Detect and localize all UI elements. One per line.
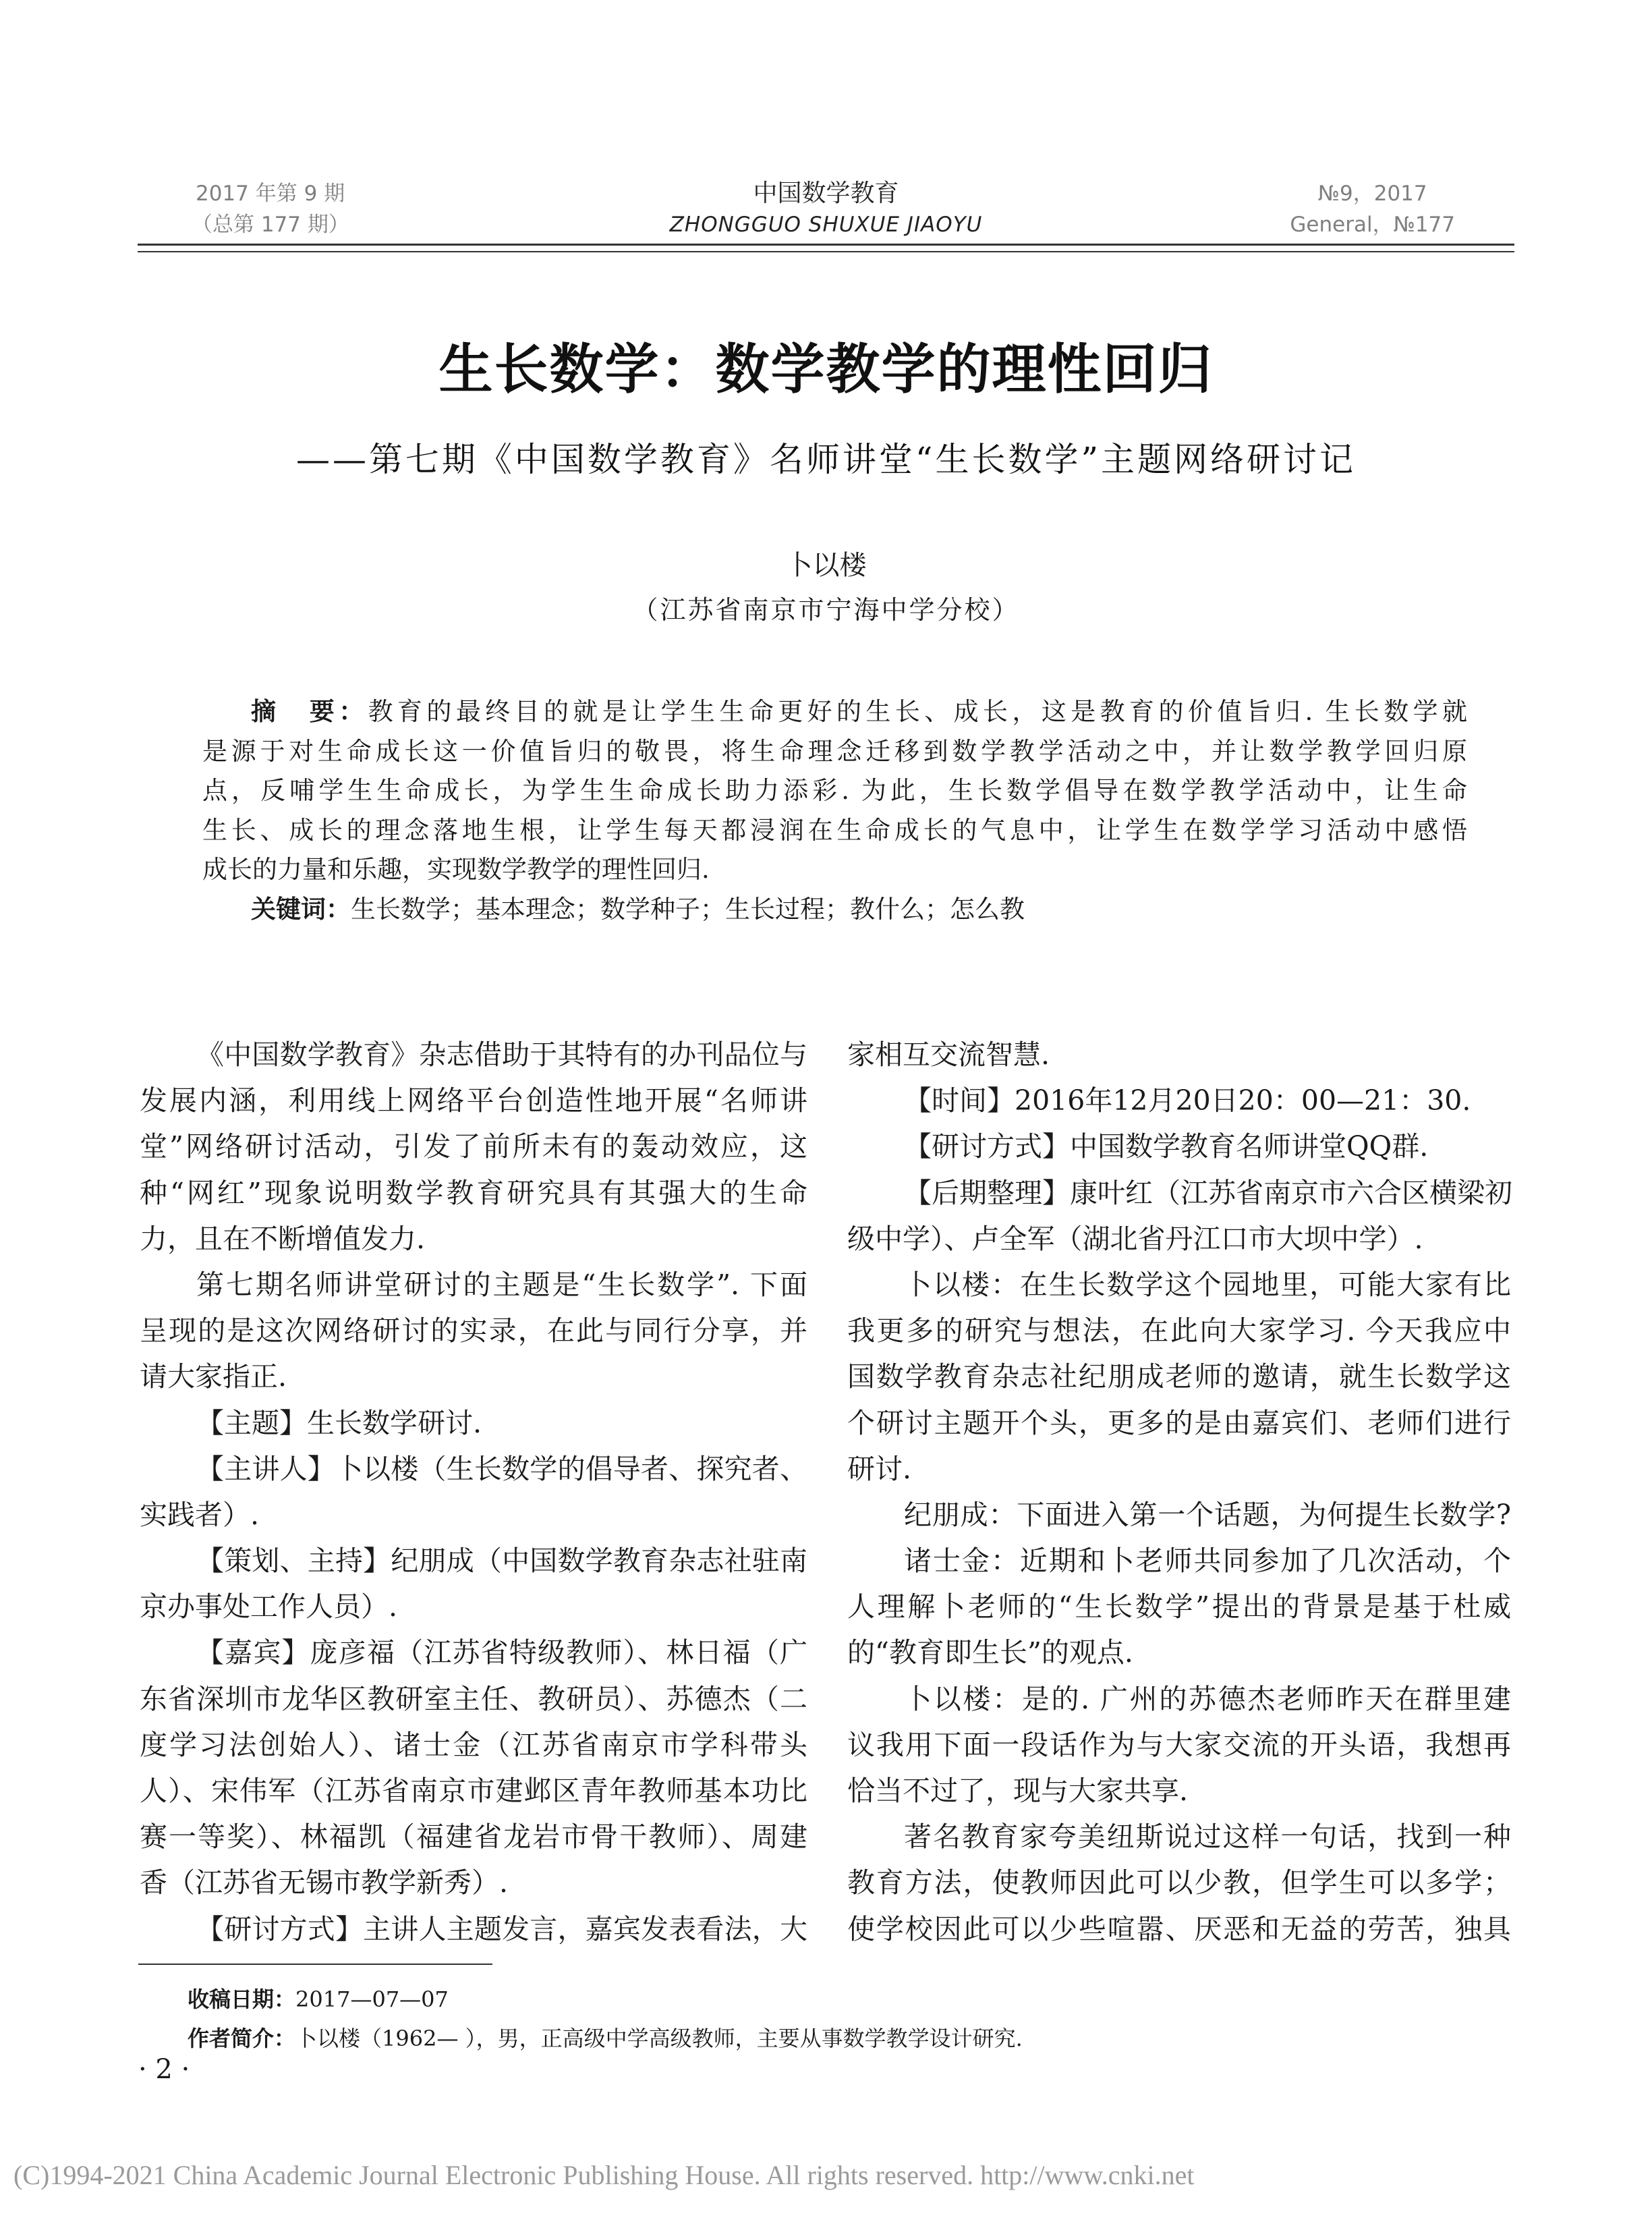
body-text-line: 【嘉宾】庞彦福（江苏省特级教师）、林日福（广 <box>140 1630 807 1675</box>
abstract-line: 是源于对生命成长这一价值旨归的敬畏，将生命理念迁移到数学教学活动之中，并让数学教… <box>202 732 1467 772</box>
body-column-left: 《中国数学教育》杂志借助于其特有的办刊品位与发展内涵，利用线上网络平台创造性地开… <box>140 1032 807 1952</box>
body-text-line: 【后期整理】康叶红（江苏省南京市六合区横梁初 <box>847 1170 1511 1216</box>
author-bio-value: 卜以楼（1962— ），男，正高级中学高级教师，主要从事数学教学设计研究. <box>295 2026 1023 2051</box>
footnote-rule <box>138 1964 492 1965</box>
body-text-line: 卜以楼：是的. 广州的苏德杰老师昨天在群里建 <box>847 1676 1511 1722</box>
body-text-line: 议我用下面一段话作为与大家交流的开头语，我想再 <box>847 1722 1511 1768</box>
body-text-line: 【主讲人】卜以楼（生长数学的倡导者、探究者、 <box>140 1446 807 1492</box>
issue-number-en: №9，2017 <box>1290 178 1455 209</box>
body-text-line: 力，且在不断增值发力. <box>140 1216 807 1262</box>
body-text-line: 使学校因此可以少些喧嚣、厌恶和无益的劳苦，独具 <box>847 1906 1511 1952</box>
received-date-label: 收稿日期： <box>188 1986 295 2012</box>
body-text-line: 个研讨主题开个头，更多的是由嘉宾们、老师们进行 <box>847 1400 1511 1446</box>
body-text-line: 的“教育即生长”的观点. <box>847 1630 1511 1675</box>
body-text-line: 堂”网络研讨活动，引发了前所未有的轰动效应，这 <box>140 1123 807 1169</box>
body-text-line: 实践者）. <box>140 1492 807 1538</box>
body-text-line: 东省深圳市龙华区教研室主任、教研员）、苏德杰（二 <box>140 1676 807 1722</box>
body-text-line: 发展内涵，利用线上网络平台创造性地开展“名师讲 <box>140 1078 807 1123</box>
general-number-en: General，№177 <box>1290 209 1455 240</box>
page-number: · 2 · <box>138 2053 190 2086</box>
header-rule-thick <box>138 244 1514 246</box>
body-text-line: 【策划、主持】纪朋成（中国数学教育杂志社驻南 <box>140 1538 807 1584</box>
abstract-line: 摘 要：教育的最终目的就是让学生生命更好的生长、成长，这是教育的价值旨归. 生长… <box>202 692 1467 732</box>
body-text-line: 呈现的是这次网络研讨的实录，在此与同行分享，并 <box>140 1308 807 1354</box>
received-date: 收稿日期：2017—07—07 <box>188 1984 449 2015</box>
keywords-label: 关键词： <box>251 895 351 924</box>
body-text-line: 人理解卜老师的“生长数学”提出的背景是基于杜威 <box>847 1584 1511 1630</box>
abstract-line: 生长、成长的理念落地生根，让学生每天都浸润在生命成长的气息中，让学生在数学学习活… <box>202 811 1467 851</box>
article-title: 生长数学：数学教学的理性回归 <box>0 336 1652 404</box>
body-text-line: 请大家指正. <box>140 1354 807 1399</box>
author-bio-label: 作者简介： <box>188 2026 295 2051</box>
body-column-right: 家相互交流智慧.【时间】2016年12月20日20：00—21：30.【研讨方式… <box>847 1032 1511 1952</box>
abstract-line: 成长的力量和乐趣，实现数学教学的理性回归. <box>202 850 1467 890</box>
article-subtitle: ——第七期《中国数学教育》名师讲堂“生长数学”主题网络研讨记 <box>0 436 1652 483</box>
body-text-line: 研讨. <box>847 1446 1511 1492</box>
body-text-line: 教育方法，使教师因此可以少教，但学生可以多学； <box>847 1860 1511 1905</box>
body-text-line: 赛一等奖）、林福凯（福建省龙岩市骨干教师）、周建 <box>140 1814 807 1860</box>
abstract: 摘 要：教育的最终目的就是让学生生命更好的生长、成长，这是教育的价值旨归. 生长… <box>202 692 1467 929</box>
author-affiliation: （江苏省南京市宁海中学分校） <box>0 591 1652 629</box>
body-text-line: 种“网红”现象说明数学教育研究具有其强大的生命 <box>140 1170 807 1216</box>
header-rule-thin <box>138 251 1514 252</box>
abstract-line: 点，反哺学生生命成长，为学生生命成长助力添彩. 为此，生长数学倡导在数学教学活动… <box>202 771 1467 811</box>
body-text-line: 《中国数学教育》杂志借助于其特有的办刊品位与 <box>140 1032 807 1078</box>
body-text-line: 卜以楼：在生长数学这个园地里，可能大家有比 <box>847 1262 1511 1308</box>
copyright-notice: (C)1994-2021 China Academic Journal Elec… <box>13 2157 1194 2194</box>
author-bio: 作者简介：卜以楼（1962— ），男，正高级中学高级教师，主要从事数学教学设计研… <box>188 2023 1023 2054</box>
body-text-line: 级中学）、卢全军（湖北省丹江口市大坝中学）. <box>847 1216 1511 1262</box>
body-text-line: 第七期名师讲堂研讨的主题是“生长数学”. 下面 <box>140 1262 807 1308</box>
issue-info-en: №9，2017 General，№177 <box>1290 178 1455 240</box>
body-text-line: 【主题】生长数学研讨. <box>140 1400 807 1446</box>
body-text-line: 京办事处工作人员）. <box>140 1584 807 1630</box>
keywords-list: 生长数学；基本理念；数学种子；生长过程；教什么；怎么教 <box>351 895 1025 924</box>
body-text-line: 著名教育家夸美纽斯说过这样一句话，找到一种 <box>847 1814 1511 1860</box>
body-text-line: 家相互交流智慧. <box>847 1032 1511 1078</box>
body-text-line: 国数学教育杂志社纪朋成老师的邀请，就生长数学这 <box>847 1354 1511 1399</box>
body-text-line: 纪朋成：下面进入第一个话题，为何提生长数学? <box>847 1492 1511 1538</box>
body-text-line: 【时间】2016年12月20日20：00—21：30. <box>847 1078 1511 1123</box>
body-text-line: 恰当不过了，现与大家共享. <box>847 1768 1511 1814</box>
body-text-line: 我更多的研究与想法，在此向大家学习. 今天我应中 <box>847 1308 1511 1354</box>
body-text-line: 【研讨方式】主讲人主题发言，嘉宾发表看法，大 <box>140 1906 807 1952</box>
received-date-value: 2017—07—07 <box>295 1986 449 2012</box>
body-text-line: 香（江苏省无锡市教学新秀）. <box>140 1860 807 1905</box>
body-text-line: 度学习法创始人）、诸士金（江苏省南京市学科带头 <box>140 1722 807 1768</box>
author-name: 卜以楼 <box>0 547 1652 584</box>
abstract-label: 摘 要： <box>251 697 368 726</box>
keywords: 关键词：生长数学；基本理念；数学种子；生长过程；教什么；怎么教 <box>202 890 1467 930</box>
body-text-line: 诸士金：近期和卜老师共同参加了几次活动，个 <box>847 1538 1511 1584</box>
body-text-line: 【研讨方式】中国数学教育名师讲堂QQ群. <box>847 1123 1511 1169</box>
body-text-line: 人）、宋伟军（江苏省南京市建邺区青年教师基本功比 <box>140 1768 807 1814</box>
